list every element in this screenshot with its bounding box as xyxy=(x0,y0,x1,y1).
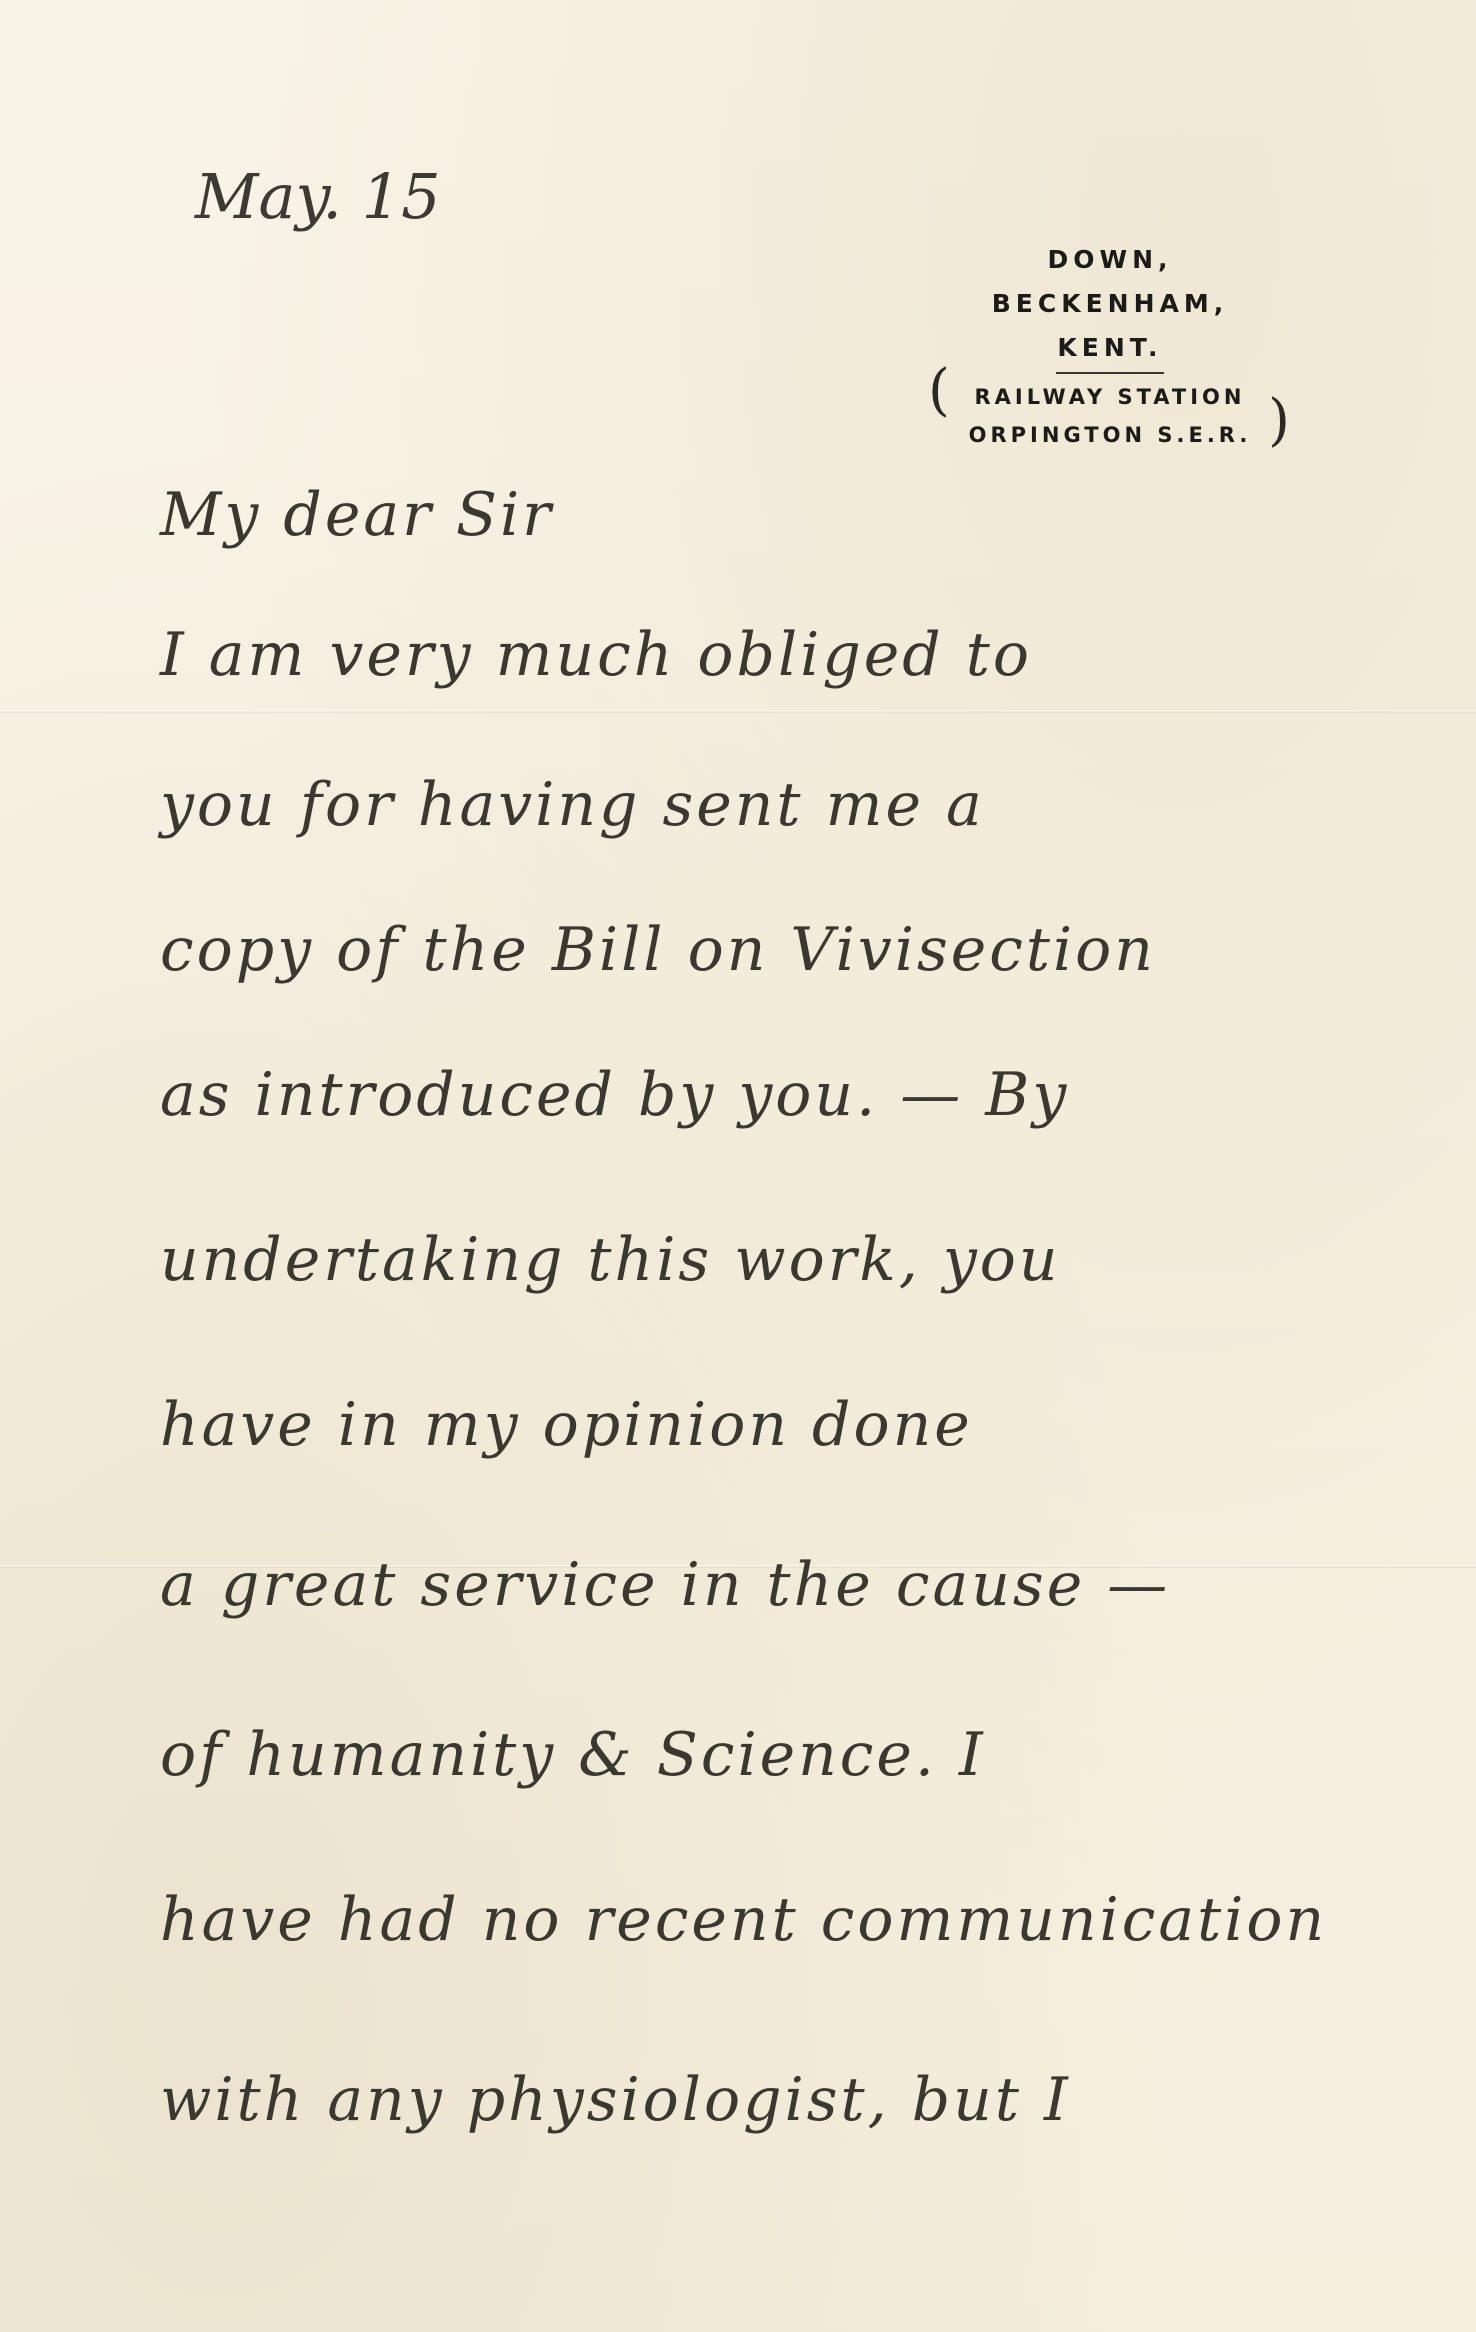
letterhead-line-4: ORPINGTON S.E.R. xyxy=(940,416,1280,454)
salutation: My dear Sir xyxy=(160,480,554,550)
letterhead-line-3: RAILWAY STATION xyxy=(940,378,1280,416)
body-line-3: copy of the Bill on Vivisection xyxy=(160,915,1156,985)
letterhead: DOWN, BECKENHAM, KENT. RAILWAY STATION O… xyxy=(940,238,1280,454)
letter-date: May. 15 xyxy=(195,160,441,233)
body-line-7: a great service in the cause — xyxy=(160,1550,1170,1620)
letterhead-line-2: BECKENHAM, KENT. xyxy=(940,282,1280,370)
body-line-4: as introduced by you. — By xyxy=(160,1060,1069,1130)
body-line-8: of humanity & Science. I xyxy=(160,1720,986,1790)
letterhead-brace-left: ( xyxy=(928,358,950,423)
body-line-9: have had no recent communication xyxy=(160,1885,1327,1955)
body-line-1: I am very much obliged to xyxy=(160,620,1032,690)
letterhead-brace-right: ) xyxy=(1268,388,1290,453)
body-line-5: undertaking this work, you xyxy=(160,1225,1061,1295)
letterhead-rule xyxy=(1056,372,1164,374)
body-line-6: have in my opinion done xyxy=(160,1390,973,1460)
body-line-2: you for having sent me a xyxy=(160,770,985,840)
body-line-10: with any physiologist, but I xyxy=(160,2065,1071,2135)
letterhead-line-1: DOWN, xyxy=(940,238,1280,282)
fold-crease-upper xyxy=(0,710,1476,713)
